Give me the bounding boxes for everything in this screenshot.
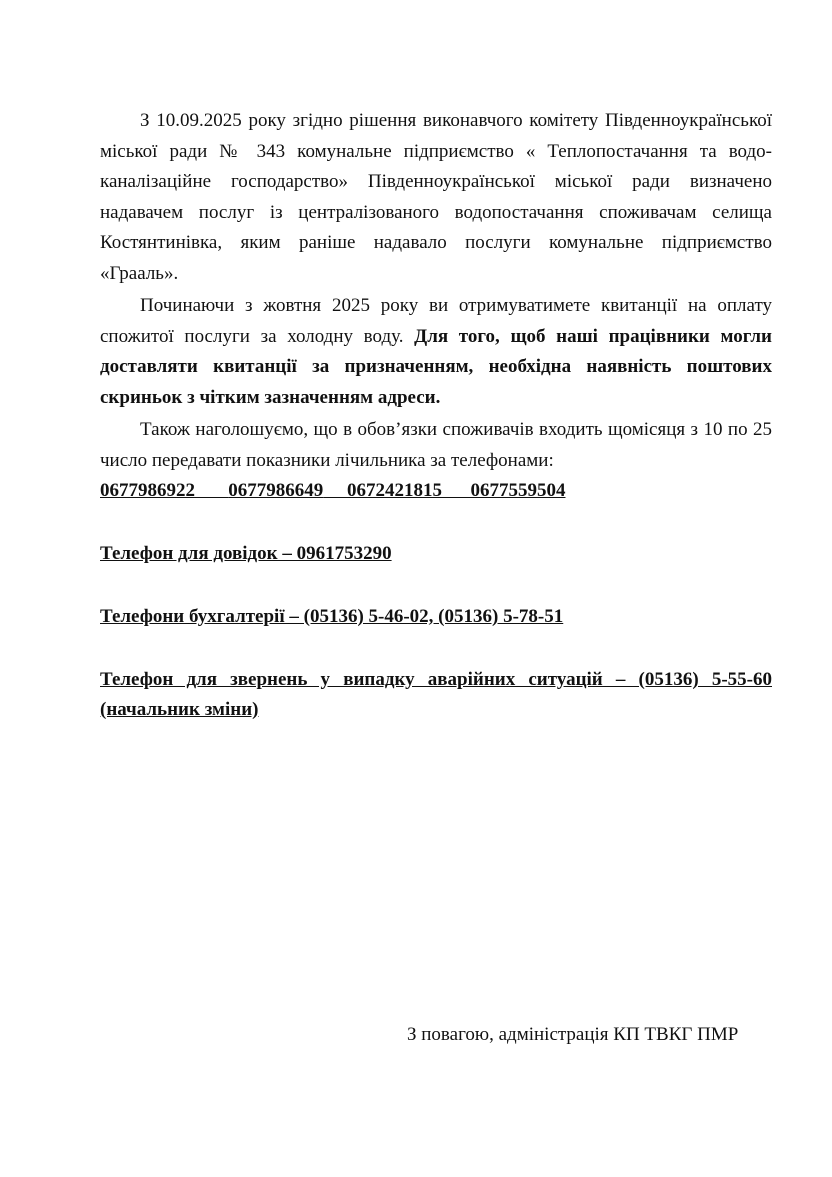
document-body: З 10.09.2025 року згідно рішення виконав…	[100, 106, 772, 725]
meter-phone: 0672421815	[347, 480, 442, 501]
info-phone: Телефон для довідок – 0961753290	[100, 539, 772, 569]
meter-phone: 0677986922	[100, 480, 195, 501]
meter-phone: 0677559504	[471, 480, 566, 501]
paragraph-provider-change: З 10.09.2025 року згідно рішення виконав…	[100, 106, 772, 289]
emergency-phone: Телефон для звернень у випадку аварійних…	[100, 665, 772, 725]
paragraph-meter-readings: Також наголошуємо, що в обов’язки спожив…	[100, 415, 772, 476]
paragraph-receipts: Починаючи з жовтня 2025 року ви отримува…	[100, 291, 772, 413]
meter-phones: 0677986922 0677986649 0672421815 0677559…	[100, 476, 772, 506]
signature: З повагою, адміністрація КП ТВКГ ПМР	[407, 1023, 738, 1047]
meter-phone: 0677986649	[228, 480, 323, 501]
accounting-phones: Телефони бухгалтерії – (05136) 5-46-02, …	[100, 602, 772, 632]
